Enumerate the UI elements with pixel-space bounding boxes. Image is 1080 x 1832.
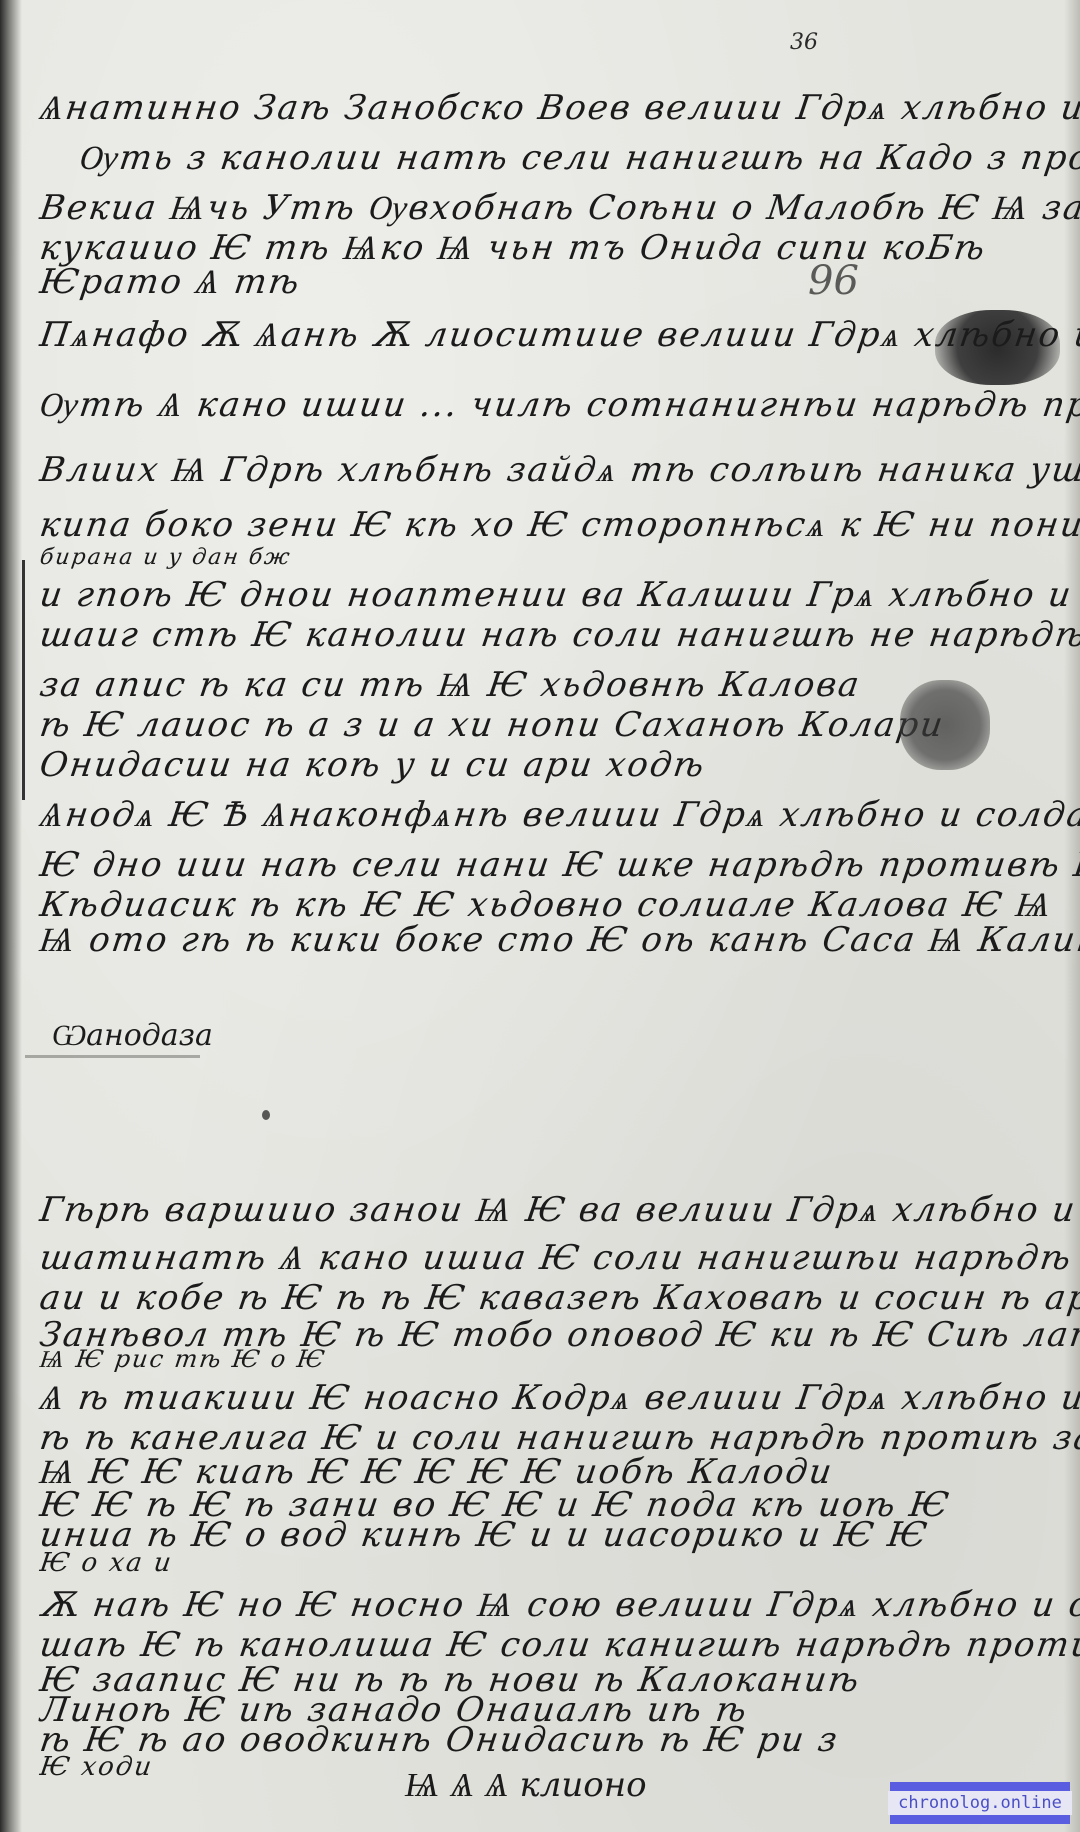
ink-speck	[262, 1110, 270, 1120]
text-line: Ѧнатинно Заѣ Занобско Воев велиии Гдрѧ х…	[37, 88, 1080, 128]
text-line: за апис ѣ ка си тѣ Ѩ Ѥ хьдовнѣ Калова	[37, 665, 863, 705]
text-line: Гѣрѣ варшиио занои Ѩ Ѥ ва велиии Гдрѧ хл…	[37, 1190, 1080, 1230]
text-line: Онидасии на коѣ у и си ари ходѣ	[37, 745, 708, 785]
text-line: ѣ Ѥ ѣ ао оводкинѣ Онидасиѣ ѣ Ѥ ри з	[37, 1720, 841, 1760]
text-line: Влиих Ѩ Гдрѣ хлѣбнѣ зайдѧ тѣ солѣиѣ нани…	[37, 450, 1080, 490]
binding-shadow	[0, 0, 22, 1832]
text-line: аи и кобе ѣ Ѥ ѣ ѣ Ѥ кавазеѣ Каховаѣ и со…	[37, 1278, 1080, 1318]
text-line: шатинатѣ Ѧ кано ишиа Ѥ соли нанигшѣи нар…	[37, 1238, 1080, 1278]
text-line: Ѥрато Ѧ тѣ	[37, 262, 303, 302]
section-heading: Ѡанодаза	[52, 1018, 213, 1053]
margin-bracket	[22, 560, 25, 800]
watermark-badge: chronolog.online	[890, 1782, 1070, 1824]
heading-underline	[25, 1055, 200, 1058]
text-line: кипа боко зени Ѥ кѣ хо Ѥ сторопнѣсѧ к Ѥ …	[37, 505, 1080, 545]
text-line: Ѥ о ха и	[38, 1548, 175, 1578]
folio-mark: 36	[790, 30, 818, 55]
text-line: Ѹть з канолии натѣ сели нанигшѣ на Кадо …	[77, 138, 1080, 178]
text-line: Ѹтѣ Ѧ кано ишии ... чилѣ сотнанигнѣи нар…	[37, 385, 1080, 425]
text-line: шаѣ Ѥ ѣ канолиша Ѥ соли канигшѣ нарѣдѣ п…	[37, 1625, 1080, 1665]
signature: Ѩ Ѧ Ѧ клионо	[405, 1765, 647, 1805]
text-line: Ѩ Ѥ рис тѣ Ѥ о Ѥ	[38, 1345, 328, 1374]
page-edge	[1064, 0, 1080, 1832]
text-line: Векиа Ѩчь Утѣ Ѹвхобнаѣ Соѣни о Малобѣ Ѥ …	[37, 188, 1080, 228]
text-line: Ѥ ходи	[38, 1752, 155, 1782]
text-line: Ѩ ото гѣ ѣ кики боке сто Ѥ оѣ канѣ Саса …	[37, 920, 1080, 960]
watermark-text: chronolog.online	[888, 1791, 1072, 1815]
text-line: шаиг стѣ Ѥ канолии наѣ соли нанигшѣ не н…	[37, 615, 1080, 655]
text-line: Ѧнодѧ Ѥ Ѣ Ѧнаконфѧнѣ велиии Гдрѧ хлѣбно …	[37, 795, 1080, 835]
text-line: Кѣдиасик ѣ кѣ Ѥ Ѥ хьдовно солиале Калова…	[37, 885, 1055, 925]
text-line: и гпоѣ Ѥ днои ноаптении ва Калшии Грѧ хл…	[37, 575, 1080, 615]
text-line: Ѫ наѣ Ѥ но Ѥ носно Ѩ сою велиии Гдрѧ хлѣ…	[37, 1585, 1080, 1625]
text-line: Пѧнафо Ѫ Ѧанѣ Ѫ лиоситиие велиии Гдрѧ хл…	[37, 315, 1080, 355]
text-line: Ѧ ѣ тиакиии Ѥ ноасно Кодрѧ велиии Гдрѧ х…	[37, 1378, 1080, 1418]
text-line: бирана и у дан бж	[38, 545, 293, 570]
manuscript-page: 36 96 Ѧнатинно Заѣ Занобско Воев велиии …	[0, 0, 1080, 1832]
ink-mark	[900, 680, 990, 770]
text-line: Ѥ дно иии наѣ сели нани Ѥ шке нарѣдѣ про…	[37, 845, 1080, 885]
text-line: ѣ Ѥ лаиос ѣ а з и а хи нопи Саханоѣ Кола…	[37, 705, 947, 745]
